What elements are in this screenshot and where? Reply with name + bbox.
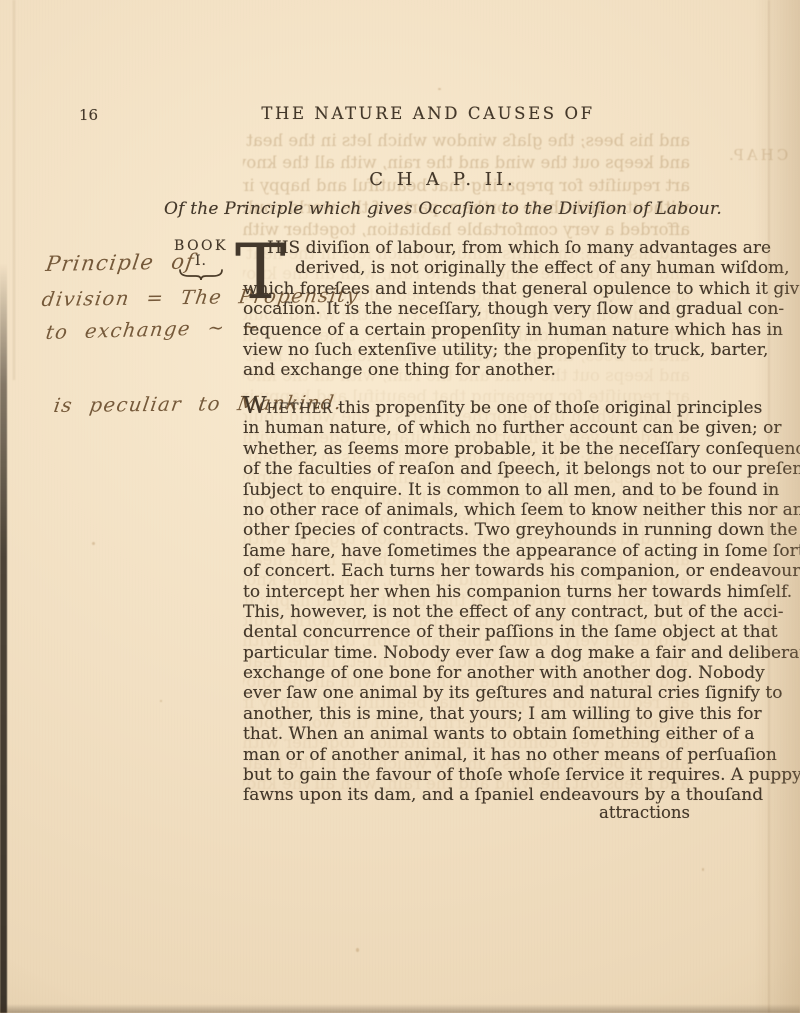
page-bottom-shadow bbox=[0, 1004, 800, 1013]
paragraph-division-of-labour: HIS diviſion of labour, from which ſo ma… bbox=[243, 238, 690, 381]
foxing-speck bbox=[92, 542, 95, 545]
paragraph-propensity: WHETHER this propenſity be one of thoſe … bbox=[243, 398, 690, 806]
foxing-speck bbox=[356, 948, 359, 952]
book-page-scan: and his bees; the glaſs window which let… bbox=[0, 0, 800, 1013]
foxing-speck bbox=[610, 300, 612, 302]
page-number: 16 bbox=[79, 106, 98, 124]
handwritten-note-principle: Principle of bbox=[44, 249, 196, 276]
page-right-shading bbox=[754, 0, 800, 1013]
foxing-speck bbox=[160, 700, 162, 702]
chapter-heading: C H A P. II. bbox=[369, 169, 516, 190]
paper-crease-left bbox=[13, 0, 15, 380]
foxing-speck bbox=[438, 88, 441, 90]
foxing-speck bbox=[702, 868, 704, 871]
handwritten-note-exchange: to exchange ~ ~ bbox=[45, 315, 262, 344]
running-header: THE NATURE AND CAUSES OF bbox=[261, 104, 594, 123]
catchword: attractions bbox=[243, 803, 690, 822]
page-gutter-shadow bbox=[0, 0, 7, 1013]
chapter-subtitle: Of the Principle which gives Occaſion to… bbox=[164, 199, 722, 219]
